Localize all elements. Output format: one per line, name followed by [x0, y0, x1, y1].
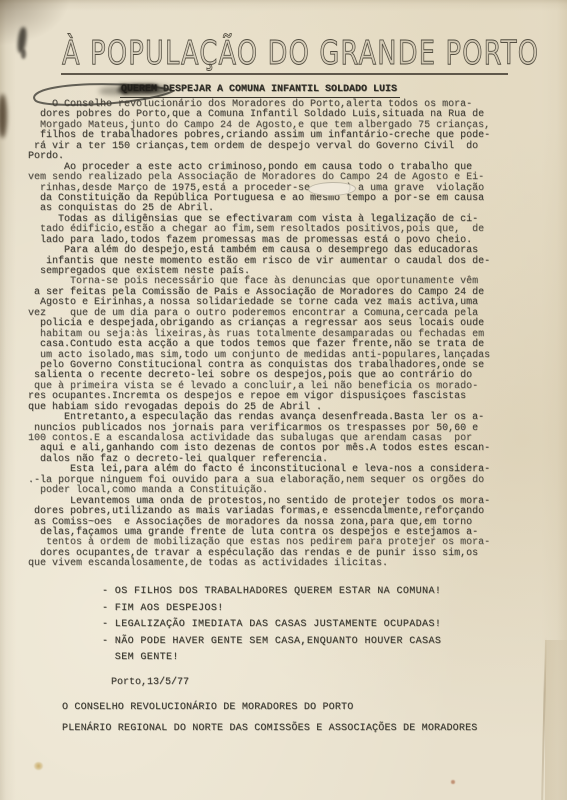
slogan-line: - OS FILHOS DOS TRABALHADORES QUEREM EST… [102, 584, 441, 601]
body-line: vem sendo realizado pela Associação de M… [28, 173, 548, 183]
body-line: dalos não faz o decreto-lei qualquer ref… [28, 455, 548, 465]
body-line: pelo Governo Constitucional contra as co… [28, 361, 548, 371]
body-line: poder local,como manda a Constituição. [28, 486, 548, 496]
slogan-line: - LEGALIZAÇÃO IMEDIATA DAS CASAS JUSTAME… [102, 617, 441, 634]
headline: QUEREM DESPEJAR A COMUNA INFANTIL SOLDAD… [120, 84, 400, 98]
body-line: vez que de um dia para o outro poderemos… [28, 309, 548, 319]
body-line: dores pobres,utilizando as mais variadas… [28, 507, 548, 517]
edge-ink-smudge [21, 49, 26, 59]
body-line: Morgado Mateus,junto do Campo 24 de Agos… [28, 121, 548, 131]
body-line: que vivem escandalosamente,de todas as a… [28, 559, 548, 569]
headline-smudged-word: QUEREM [121, 84, 157, 95]
body-line: rinhas,desde Março de 1975,está a proced… [28, 184, 548, 194]
stain-dot [34, 762, 43, 770]
body-text: O Conselho revolucionário dos Moradores … [28, 100, 548, 570]
stain-dot [451, 780, 455, 784]
page-title-text: À POPULAÇÃO DO GRANDE PORTO [62, 33, 539, 72]
document-page: À POPULAÇÃO DO GRANDE PORTO QUEREM DESPE… [0, 0, 567, 800]
page-title: À POPULAÇÃO DO GRANDE PORTO [62, 33, 567, 72]
corner-shadow [0, 0, 70, 46]
body-line: as conquistas do 25 de Abril. [28, 204, 548, 214]
slogan-line: - FIM AOS DESPEJOS! [102, 601, 441, 618]
date-line: Porto,13/5/77 [111, 677, 189, 688]
signature-block: O CONSELHO REVOLUCIONÁRIO DE MORADORES D… [62, 697, 477, 740]
body-line: rá vir a ter 150 crianças,tem ordem de d… [28, 142, 548, 152]
body-line: as Comiss~oes e Associações de moradores… [28, 518, 548, 528]
signature-line: PLENÁRIO REGIONAL DO NORTE DAS COMISSÕES… [62, 718, 477, 739]
slogan-line: - NÃO PODE HAVER GENTE SEM CASA,ENQUANTO… [102, 634, 441, 651]
signature-line: O CONSELHO REVOLUCIONÁRIO DE MORADORES D… [62, 697, 477, 718]
title-underline [61, 73, 508, 75]
body-line: res ocupantes.Incremta os despejos e rep… [28, 392, 548, 402]
body-line: Entretanto,a especulação das rendas avan… [28, 413, 548, 423]
paper-crease-shade [545, 640, 567, 800]
body-line: habitam ou seja:às lixeiras,às ruas tota… [28, 330, 548, 340]
body-line: Torna-se pois necessário que face às den… [28, 277, 548, 287]
body-line: 100 contos.E a escandalosa actividade da… [28, 434, 548, 444]
body-line: Para além do despejo,está também em caus… [28, 246, 548, 256]
body-line: lado para lado,todos fazem promessas mas… [28, 236, 548, 246]
edge-stain [0, 94, 7, 138]
slogan-line: SEM GENTE! [102, 650, 441, 667]
headline-rest: DESPEJAR A COMUNA INFANTIL SOLDADO LUIS [157, 84, 397, 95]
slogan-list: - OS FILHOS DOS TRABALHADORES QUEREM EST… [102, 584, 441, 667]
body-line: casa.Contudo esta acção a que todos temo… [28, 340, 548, 350]
